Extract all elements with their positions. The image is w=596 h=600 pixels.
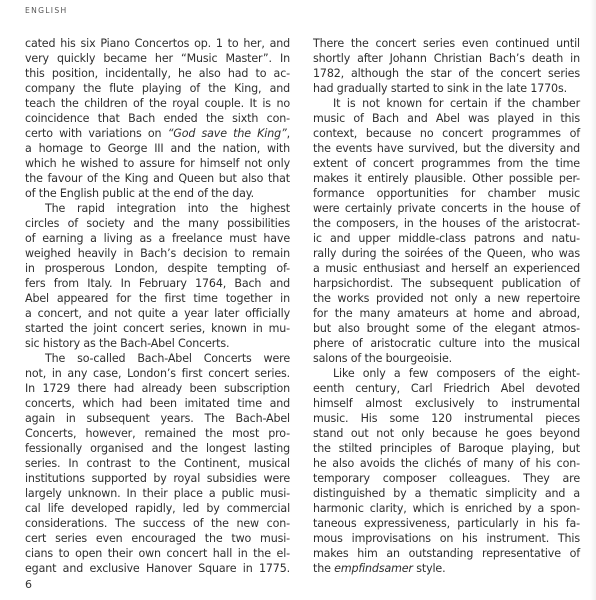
text-line: very quickly became her “Music Master”. … bbox=[25, 51, 290, 66]
text-line: egant and exclusive Hanover Square in 17… bbox=[25, 561, 290, 576]
text-line: fers from Italy. In February 1764, Bach … bbox=[25, 276, 290, 291]
text-line: himself almost exclusively to instrument… bbox=[313, 396, 580, 411]
text-line: makes him an outstanding representative … bbox=[313, 546, 580, 561]
text-fragment: style. bbox=[413, 562, 446, 575]
text-line: not, in any case, London’s first concert… bbox=[25, 366, 290, 381]
text-line-paragraph-start: It is not known for certain if the chamb… bbox=[313, 96, 580, 111]
text-line: the events have survived, but the divers… bbox=[313, 141, 580, 156]
page-edge-shadow bbox=[590, 0, 596, 600]
text-line: the composers, in the houses of the aris… bbox=[313, 216, 580, 231]
text-line: weighed heavily in Bach’s decision to re… bbox=[25, 246, 290, 261]
text-line: started the joint concert series, known … bbox=[25, 321, 290, 336]
text-line: teach the children of the royal couple. … bbox=[25, 96, 290, 111]
page-header-language: ENGLISH bbox=[25, 6, 67, 15]
text-line: in prosperous London, despite tempting o… bbox=[25, 261, 290, 276]
text-line: cal life developed rapidly, led by comme… bbox=[25, 501, 290, 516]
text-line-paragraph-start: Like only a few composers of the eight- bbox=[313, 366, 580, 381]
text-line: distinguished by a thematic simplicity a… bbox=[313, 486, 580, 501]
text-line: eenth century, Carl Friedrich Abel devot… bbox=[313, 381, 580, 396]
text-line: context, because no concert programmes o… bbox=[313, 126, 580, 141]
text-fragment: certo with variations on bbox=[25, 127, 168, 140]
text-line: shortly after Johann Christian Bach’s de… bbox=[313, 51, 580, 66]
text-line: formance opportunities for chamber music bbox=[313, 186, 580, 201]
text-line: In 1729 there had already been subscript… bbox=[25, 381, 290, 396]
text-line: of the English public at the end of the … bbox=[25, 186, 290, 201]
text-line: a music enthusiast and herself an experi… bbox=[313, 261, 580, 276]
text-line: circles of society and the many possibil… bbox=[25, 216, 290, 231]
left-text-column: cated his six Piano Concertos op. 1 to h… bbox=[25, 36, 290, 576]
text-line: but also brought some of the elegant atm… bbox=[313, 321, 580, 336]
text-line: were certainly private concerts in the h… bbox=[313, 201, 580, 216]
text-line: of earning a living as a freelance must … bbox=[25, 231, 290, 246]
text-line-paragraph-start: The rapid integration into the highest bbox=[25, 201, 290, 216]
text-line: considerations. The success of the new c… bbox=[25, 516, 290, 531]
text-line: stand out not only because he goes beyon… bbox=[313, 426, 580, 441]
text-line: Abel appeared for the first time togethe… bbox=[25, 291, 290, 306]
text-line: the favour of the King and Queen but als… bbox=[25, 171, 290, 186]
text-line-with-italic-title: certo with variations on “God save the K… bbox=[25, 126, 290, 141]
text-line: concerts, which had been imitated time a… bbox=[25, 396, 290, 411]
text-line: sic history as the Bach-Abel Concerts. bbox=[25, 336, 290, 351]
text-line: makes it entirely plausible. Other possi… bbox=[313, 171, 580, 186]
text-line: extent of concert programmes from the ti… bbox=[313, 156, 580, 171]
page-number: 6 bbox=[25, 578, 32, 591]
text-line: a concert, and not quite a year later of… bbox=[25, 306, 290, 321]
text-line: temporary composer colleagues. They are bbox=[313, 471, 580, 486]
text-line: There the concert series even continued … bbox=[313, 36, 580, 51]
text-fragment: the bbox=[313, 562, 334, 575]
italic-song-title: “God save the King” bbox=[168, 127, 287, 140]
text-line: institutions supported by royal subsidie… bbox=[25, 471, 290, 486]
text-line: harmonic clarity, which is enriched by a… bbox=[313, 501, 580, 516]
italic-style-term: empfindsamer bbox=[334, 562, 413, 575]
text-line: had gradually started to sink in the lat… bbox=[313, 81, 580, 96]
text-line: coincidence that Bach ended the sixth co… bbox=[25, 111, 290, 126]
text-line: harpsichordist. The subsequent publicati… bbox=[313, 276, 580, 291]
text-line: company the flute playing of the King, a… bbox=[25, 81, 290, 96]
text-line: Concerts, however, remained the most pro… bbox=[25, 426, 290, 441]
text-line: mous improvisations on his instrument. T… bbox=[313, 531, 580, 546]
text-line: cians to open their own concert hall in … bbox=[25, 546, 290, 561]
text-line: music. His some 120 instrumental pieces bbox=[313, 411, 580, 426]
text-line: salons of the bourgeoisie. bbox=[313, 351, 580, 366]
text-line: the works provided not only a new repert… bbox=[313, 291, 580, 306]
text-line: largely unknown. In their place a public… bbox=[25, 486, 290, 501]
right-text-column: There the concert series even continued … bbox=[313, 36, 580, 576]
text-line-paragraph-start: The so-called Bach-Abel Concerts were bbox=[25, 351, 290, 366]
text-line: taneous expressiveness, particularly in … bbox=[313, 516, 580, 531]
text-fragment: , bbox=[287, 127, 290, 140]
text-line: this position, incidentally, he also had… bbox=[25, 66, 290, 81]
text-line: a homage to George III and the nation, w… bbox=[25, 141, 290, 156]
text-line: the stilted principles of Baroque playin… bbox=[313, 441, 580, 456]
text-line: fessionally organised and the longest la… bbox=[25, 441, 290, 456]
text-line: 1782, although the star of the concert s… bbox=[313, 66, 580, 81]
text-line-with-italic-term: the empfindsamer style. bbox=[313, 561, 580, 576]
text-line: for the many amateurs at home and abroad… bbox=[313, 306, 580, 321]
text-line: rally during the soirées of the Queen, w… bbox=[313, 246, 580, 261]
text-line: series. In contrast to the Continent, mu… bbox=[25, 456, 290, 471]
text-line: he also avoids the clichés of many of hi… bbox=[313, 456, 580, 471]
text-line: again in subsequent years. The Bach-Abel bbox=[25, 411, 290, 426]
text-line: ic and upper middle-class patrons and na… bbox=[313, 231, 580, 246]
text-line: phere of aristocratic culture into the m… bbox=[313, 336, 580, 351]
text-line: cated his six Piano Concertos op. 1 to h… bbox=[25, 36, 290, 51]
text-line: which he wished to assure for himself no… bbox=[25, 156, 290, 171]
text-line: cert series even encouraged the two musi… bbox=[25, 531, 290, 546]
text-line: music of Bach and Abel was played in thi… bbox=[313, 111, 580, 126]
